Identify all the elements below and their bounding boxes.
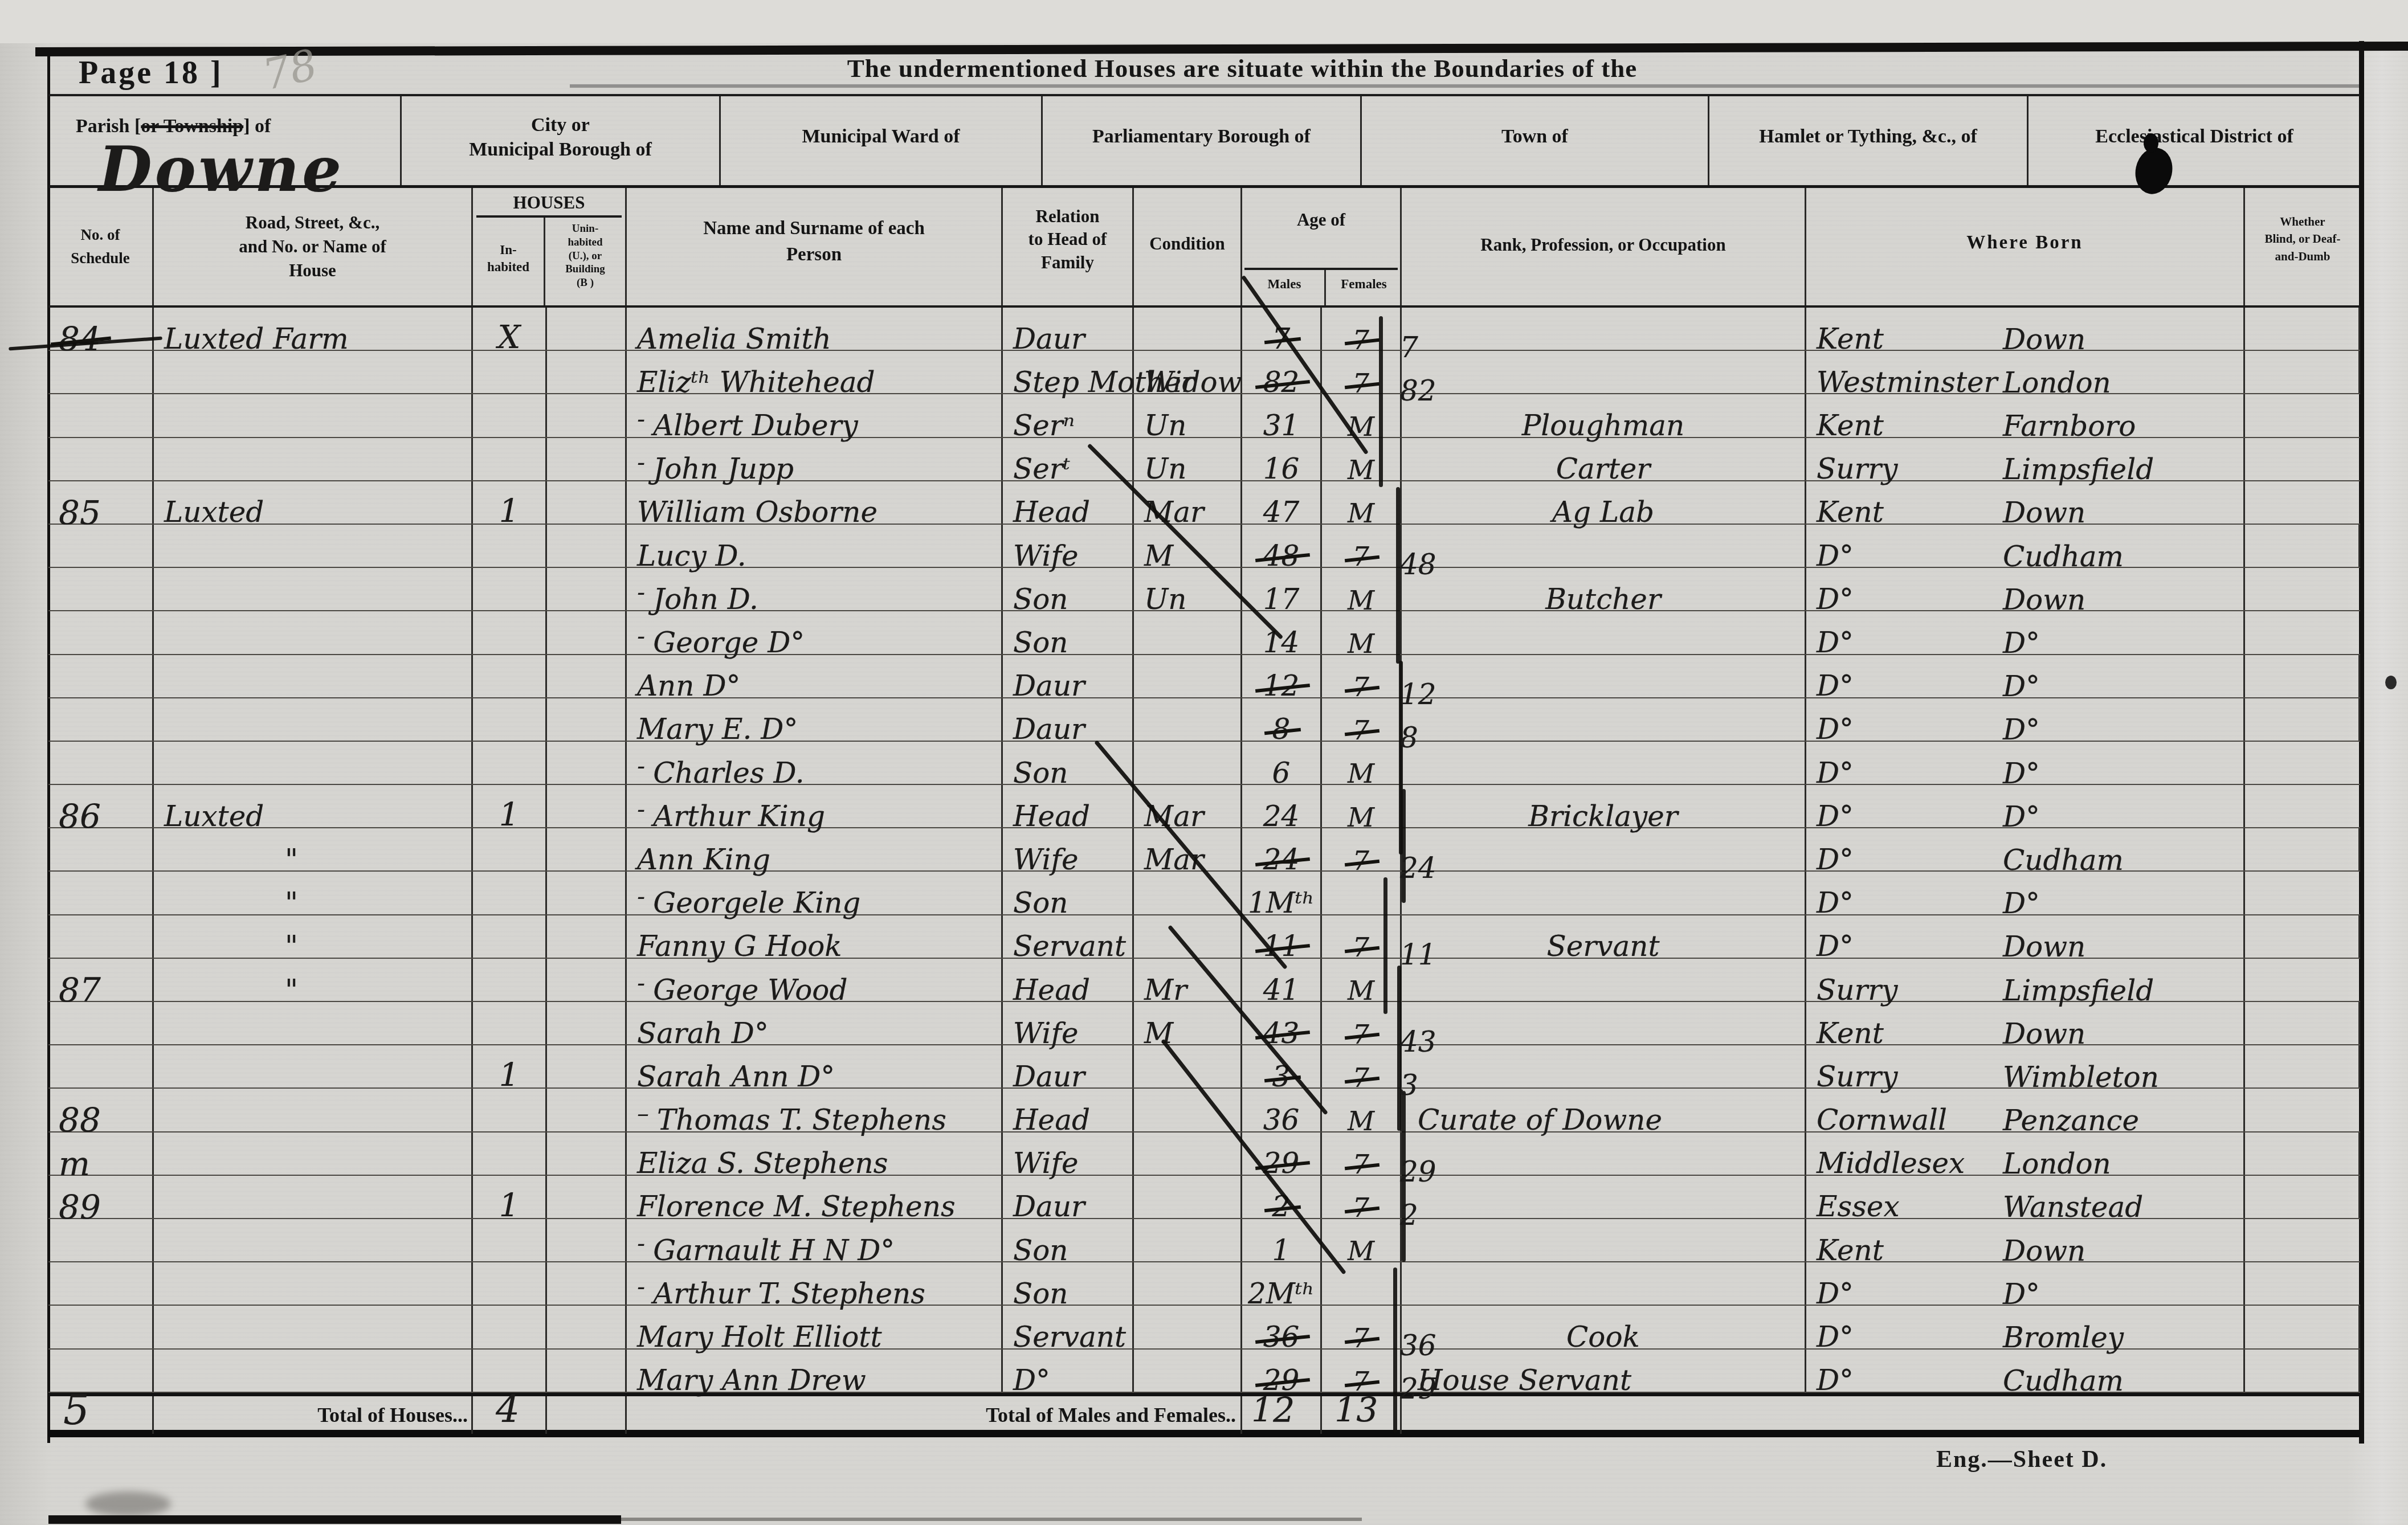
col-where-born: Where Born [1806, 188, 2245, 305]
relation-cell: Serⁿ [1003, 394, 1134, 436]
inhabited-cell [473, 525, 547, 567]
occupation-value: Cook [1566, 1324, 1640, 1351]
born-county: D° [1817, 1367, 1854, 1395]
uninhabited-cell [547, 828, 627, 870]
name-cell: William Osborne [627, 481, 1003, 524]
tick-mark: - [637, 969, 645, 997]
tick-mark: - [637, 752, 645, 780]
born-place: D° [2003, 630, 2040, 657]
person-name: Arthur King [653, 803, 825, 831]
condition-cell: M [1134, 1002, 1242, 1044]
uninhabited-cell [547, 1176, 627, 1218]
relation-value: Serⁿ [1013, 412, 1075, 440]
condition-cell [1134, 611, 1242, 653]
col-relation: Relationto Head ofFamily [1003, 188, 1134, 305]
name-cell: Mary Holt Elliott [627, 1306, 1003, 1348]
relation-cell: Son [1003, 1219, 1134, 1261]
born-place: Limpsfield [2003, 978, 2154, 1005]
inhabited-cell: 1 [473, 481, 547, 524]
inhabited-cell [473, 1002, 547, 1044]
name-cell: -George D° [627, 611, 1003, 653]
table-row: Ann D°Daur127D°D°12 [48, 655, 2360, 698]
inhabited-mark: 1 [499, 1191, 520, 1221]
born-county: D° [1817, 803, 1854, 831]
totals-tail [1402, 1396, 2360, 1434]
age-female: M [1348, 458, 1374, 483]
age-males-cell: 43 [1242, 1002, 1322, 1044]
age-females-cell: 7 [1322, 655, 1402, 697]
born-county: Surry [1817, 456, 1898, 483]
age-females-cell: M [1322, 785, 1402, 827]
tick-mark: - [637, 578, 645, 606]
relation-value: Head [1013, 1107, 1090, 1134]
sheet-label: Eng.—Sheet D. [1936, 1446, 2107, 1473]
occupation-cell: Ag Lab [1402, 481, 1806, 524]
occupation-cell: Butcher [1402, 568, 1806, 610]
age-male: 14 [1263, 629, 1300, 657]
where-born-cell: KentFarnboro [1806, 394, 2245, 436]
age-males-cell: 16 [1242, 438, 1322, 480]
occupation-value: Bricklayer [1528, 803, 1678, 831]
person-name: Mary E. D° [637, 716, 798, 743]
house-name: Luxted [164, 803, 264, 831]
name-cell: -Arthur King [627, 785, 1003, 827]
relation-cell: Daur [1003, 655, 1134, 697]
age-male: 41 [1263, 977, 1300, 1004]
city-cell: City orMunicipal Borough of [402, 96, 721, 185]
where-born-cell: SurryLimpsfield [1806, 438, 2245, 480]
occupation-cell [1402, 308, 1806, 350]
age-males-cell: 11 [1242, 915, 1322, 958]
age-female: 7 [1353, 1196, 1369, 1221]
born-county: D° [1817, 847, 1854, 874]
blind-cell [2245, 1002, 2360, 1044]
age-females-cell: 7 [1322, 828, 1402, 870]
table-row: -Albert DuberySerⁿUn31MPloughmanKentFarn… [48, 394, 2360, 438]
where-born-cell: D°D° [1806, 742, 2245, 784]
uninhabited-cell [547, 1306, 627, 1348]
relation-value: D° [1013, 1367, 1050, 1395]
relation-cell: Head [1003, 481, 1134, 524]
name-cell: Ann King [627, 828, 1003, 870]
blind-cell [2245, 915, 2360, 958]
relation-cell: Daur [1003, 1045, 1134, 1087]
condition-cell: Widow [1134, 351, 1242, 393]
age-corrected: 29 [1400, 1159, 1436, 1186]
scan-top-margin [0, 0, 2408, 43]
schedule-number: 87 [59, 975, 101, 1006]
page-title: The undermentioned Houses are situate wi… [752, 54, 1732, 83]
born-county: D° [1817, 933, 1854, 960]
road-cell: " [154, 828, 473, 870]
road-cell [154, 568, 473, 610]
born-place: Down [2003, 1238, 2085, 1265]
road-cell [154, 394, 473, 436]
where-born-cell: CornwallPenzance [1806, 1089, 2245, 1131]
inhabited-cell: 1 [473, 1045, 547, 1087]
name-cell: Lucy D. [627, 525, 1003, 567]
born-place: Bromley [2003, 1324, 2124, 1352]
born-place: Down [2003, 1021, 2085, 1048]
person-name: Ann D° [637, 673, 741, 700]
schedule-cell [48, 1306, 154, 1348]
age-males-cell: 47 [1242, 481, 1322, 524]
occupation-value: Servant [1546, 933, 1659, 960]
age-female: M [1348, 979, 1374, 1004]
road-cell [154, 525, 473, 567]
condition-cell [1134, 1350, 1242, 1392]
occupation-cell [1402, 1219, 1806, 1261]
age-males-cell: 24 [1242, 785, 1322, 827]
scan-smudge [85, 1491, 171, 1516]
born-county: D° [1817, 586, 1854, 614]
condition-cell: Un [1134, 568, 1242, 610]
inhabited-cell [473, 1350, 547, 1392]
age-males-cell: 12 [1242, 655, 1322, 697]
ward-cell: Municipal Ward of [721, 96, 1043, 185]
table-header: No. ofSchedule Road, Street, &c.,and No.… [48, 188, 2360, 308]
condition-cell [1134, 1132, 1242, 1175]
born-county: Kent [1817, 326, 1884, 353]
inhabited-mark: 1 [499, 800, 520, 830]
inhabited-mark: 1 [499, 1060, 520, 1090]
person-name: Mary Ann Drew [637, 1367, 866, 1395]
condition-cell: Mar [1134, 481, 1242, 524]
age-corrected: 2 [1400, 1202, 1418, 1229]
person-name: Sarah Ann D° [637, 1064, 835, 1091]
schedule-cell [48, 351, 154, 393]
condition-value: Widow [1144, 369, 1242, 396]
person-name: Albert Dubery [653, 412, 858, 440]
born-place: Penzance [2003, 1107, 2139, 1135]
col-females: Females [1324, 270, 1402, 305]
tick-mark: – [637, 1099, 649, 1127]
age-female: 7 [1353, 1326, 1369, 1351]
relation-value: Daur [1013, 326, 1085, 353]
name-cell: Elizᵗʰ Whitehead [627, 351, 1003, 393]
inhabited-cell [473, 828, 547, 870]
schedule-cell [48, 438, 154, 480]
occupation-cell [1402, 525, 1806, 567]
schedule-cell: 89 [48, 1176, 154, 1218]
census-page-scan: Page 18 ] 78 The undermentioned Houses a… [0, 0, 2408, 1525]
born-place: Down [2003, 587, 2085, 614]
totals-mf-label: Total of Males and Females.. [627, 1396, 1242, 1434]
born-county: Middlesex [1817, 1150, 1965, 1178]
relation-cell: Daur [1003, 1176, 1134, 1218]
road-cell: " [154, 915, 473, 958]
occupation-value: Carter [1556, 456, 1651, 483]
geography-header: Parish [or Township] of Downe City orMun… [48, 94, 2360, 188]
person-name: Mary Holt Elliott [637, 1324, 882, 1351]
relation-value: Wife [1013, 543, 1079, 570]
table-row: Mary Holt ElliottServant367CookD°Bromley… [48, 1306, 2360, 1349]
schedule-cell [48, 568, 154, 610]
uninhabited-cell [547, 915, 627, 958]
born-county: Kent [1817, 1020, 1884, 1048]
relation-value: Son [1013, 890, 1068, 917]
totals-row: 5 Total of Houses... 4 Total of Males an… [48, 1393, 2360, 1437]
name-cell: -Albert Dubery [627, 394, 1003, 436]
person-name: Arthur T. Stephens [653, 1281, 925, 1308]
age-females-cell: 7 [1322, 1176, 1402, 1218]
inhabited-cell: 1 [473, 1176, 547, 1218]
uninhabited-cell [547, 1350, 627, 1392]
where-born-cell: D°Bromley [1806, 1306, 2245, 1348]
relation-cell: Head [1003, 785, 1134, 827]
age-male: 36 [1263, 1107, 1300, 1134]
uninhabited-cell [547, 394, 627, 436]
blind-cell [2245, 351, 2360, 393]
age-males-cell: 8 [1242, 698, 1322, 741]
household-brace [1402, 789, 1406, 903]
person-name: Fanny G Hook [637, 933, 842, 960]
house-name: " [285, 933, 298, 960]
inhabited-cell [473, 438, 547, 480]
age-corrected: 7 [1400, 334, 1418, 362]
condition-cell [1134, 742, 1242, 784]
age-males-cell: 1Mᵗʰ [1242, 872, 1322, 914]
blind-cell [2245, 525, 2360, 567]
road-cell: Luxted Farm [154, 308, 473, 350]
uninhabited-cell [547, 611, 627, 653]
relation-value: Son [1013, 629, 1068, 657]
occupation-value: Ag Lab [1552, 499, 1654, 526]
blind-cell [2245, 828, 2360, 870]
uninhabited-cell [547, 1045, 627, 1087]
person-name: Georgele King [653, 890, 860, 917]
age-females-cell: M [1322, 959, 1402, 1001]
page-number: Page 18 ] [79, 55, 223, 91]
table-body: 84Luxted FarmXAmelia SmithDaur77KentDown… [48, 308, 2360, 1393]
where-born-cell: D°D° [1806, 1262, 2245, 1305]
age-females-cell: M [1322, 742, 1402, 784]
condition-cell [1134, 655, 1242, 697]
name-cell: -Arthur T. Stephens [627, 1262, 1003, 1305]
col-blind-deaf: WhetherBlind, or Deaf-and-Dumb [2245, 188, 2360, 305]
table-row: 84Luxted FarmXAmelia SmithDaur77KentDown… [48, 308, 2360, 351]
totals-females: 13 [1322, 1396, 1402, 1434]
age-corrected: 24 [1400, 855, 1436, 882]
table-row: Mary Ann DrewD°297House ServantD°Cudham2… [48, 1350, 2360, 1393]
age-males-cell: 31 [1242, 394, 1322, 436]
age-male: 31 [1263, 412, 1300, 440]
relation-cell: Wife [1003, 1132, 1134, 1175]
inhabited-cell [473, 351, 547, 393]
born-county: D° [1817, 629, 1854, 657]
name-cell: Ann D° [627, 655, 1003, 697]
age-females-cell: M [1322, 481, 1402, 524]
born-place: London [2003, 1151, 2111, 1178]
inhabited-cell [473, 915, 547, 958]
born-place: D° [2003, 890, 2040, 918]
relation-value: Wife [1013, 847, 1079, 874]
name-cell: Sarah D° [627, 1002, 1003, 1044]
inhabited-cell [473, 568, 547, 610]
relation-value: Head [1013, 977, 1090, 1004]
age-females-cell: 7 [1322, 1002, 1402, 1044]
blind-cell [2245, 959, 2360, 1001]
inhabited-cell: X [473, 308, 547, 350]
person-name: Ann King [637, 847, 770, 874]
age-female: 7 [1353, 328, 1369, 353]
tick-mark: - [637, 405, 645, 433]
table-row: 86Luxted1-Arthur KingHeadMar24MBricklaye… [48, 785, 2360, 828]
name-cell: Eliza S. Stephens [627, 1132, 1003, 1175]
where-born-cell: KentDown [1806, 481, 2245, 524]
born-county: Essex [1817, 1193, 1900, 1221]
name-cell: -John Jupp [627, 438, 1003, 480]
uninhabited-cell [547, 785, 627, 827]
person-name: Florence M. Stephens [637, 1193, 956, 1221]
born-county: Kent [1817, 412, 1884, 440]
inhabited-cell [473, 611, 547, 653]
inhabited-cell [473, 394, 547, 436]
age-male: 16 [1263, 456, 1300, 483]
inhabited-cell [473, 959, 547, 1001]
house-name: " [285, 847, 298, 874]
age-male: 1 [1272, 1237, 1291, 1265]
where-born-cell: SurryWimbleton [1806, 1045, 2245, 1087]
occupation-cell [1402, 611, 1806, 653]
relation-value: Daur [1013, 673, 1085, 700]
schedule-cell [48, 1002, 154, 1044]
occupation-cell [1402, 698, 1806, 741]
road-cell [154, 611, 473, 653]
occupation-value: Butcher [1545, 586, 1661, 614]
blind-cell [2245, 785, 2360, 827]
age-corrected: 82 [1400, 378, 1436, 405]
totals-spacer [547, 1396, 627, 1434]
road-cell: Luxted [154, 785, 473, 827]
table-row: -George D°Son14MD°D° [48, 611, 2360, 655]
uninhabited-cell [547, 655, 627, 697]
age-female: M [1348, 632, 1374, 657]
uninhabited-cell [547, 308, 627, 350]
blind-cell [2245, 742, 2360, 784]
age-females-cell: 7 [1322, 308, 1402, 350]
schedule-cell [48, 611, 154, 653]
schedule-cell [48, 915, 154, 958]
age-male: 24 [1263, 847, 1300, 874]
table-row: -Garnault H N D°Son1MKentDown [48, 1219, 2360, 1262]
schedule-cell [48, 525, 154, 567]
relation-cell: Son [1003, 872, 1134, 914]
table-row: 85Luxted1William OsborneHeadMar47MAg Lab… [48, 481, 2360, 525]
schedule-number: m [59, 1148, 90, 1180]
col-rank: Rank, Profession, or Occupation [1402, 188, 1806, 305]
age-males-cell: 24 [1242, 828, 1322, 870]
bottom-bar-fade [621, 1518, 1362, 1521]
road-cell [154, 1262, 473, 1305]
age-female: M [1348, 1109, 1374, 1134]
person-name: Eliza S. Stephens [637, 1150, 888, 1178]
name-cell: -Charles D. [627, 742, 1003, 784]
blind-cell [2245, 698, 2360, 741]
table-row: "-Georgele KingSon1MᵗʰD°D° [48, 872, 2360, 915]
person-name: George D° [653, 629, 805, 657]
occupation-cell [1402, 1176, 1806, 1218]
born-place: London [2003, 370, 2111, 397]
where-born-cell: D°D° [1806, 872, 2245, 914]
relation-value: Son [1013, 586, 1068, 614]
schedule-cell [48, 872, 154, 914]
house-name: Luxted Farm [164, 326, 349, 353]
name-cell: Mary E. D° [627, 698, 1003, 741]
schedule-cell: 86 [48, 785, 154, 827]
born-county: D° [1817, 760, 1854, 787]
road-cell [154, 1132, 473, 1175]
ecclesiastical-cell: Ecclesiastical District of [2029, 96, 2360, 185]
age-females-cell: 7 [1322, 1350, 1402, 1392]
table-row: mEliza S. StephensWife297MiddlesexLondon… [48, 1132, 2360, 1176]
person-name: John Jupp [653, 456, 794, 483]
road-cell [154, 1350, 473, 1392]
col-houses: HOUSES In-habited Unin-habited(U.), orBu… [473, 188, 627, 305]
age-males-cell: 2Mᵗʰ [1242, 1262, 1322, 1305]
schedule-cell: 85 [48, 481, 154, 524]
inhabited-cell [473, 1089, 547, 1131]
condition-value: Mar [1144, 499, 1204, 526]
age-females-cell: M [1322, 568, 1402, 610]
occupation-cell: Curate of Downe [1402, 1089, 1806, 1131]
blind-cell [2245, 438, 2360, 480]
person-name: Thomas T. Stephens [657, 1107, 946, 1134]
blind-cell [2245, 568, 2360, 610]
name-cell: -John D. [627, 568, 1003, 610]
inhabited-cell [473, 655, 547, 697]
relation-cell: Wife [1003, 525, 1134, 567]
where-born-cell: SurryLimpsfield [1806, 959, 2245, 1001]
relation-cell: Step Mother [1003, 351, 1134, 393]
table-row: "Ann KingWifeMar247D°Cudham24 [48, 828, 2360, 872]
age-females-cell: M [1322, 1219, 1402, 1261]
tick-mark: - [637, 882, 645, 910]
age-females-cell: 7 [1322, 915, 1402, 958]
schedule-cell [48, 1219, 154, 1261]
relation-cell: Son [1003, 1262, 1134, 1305]
age-male: 2Mᵗʰ [1248, 1281, 1315, 1308]
relation-cell: D° [1003, 1350, 1134, 1392]
house-name: Luxted [164, 499, 264, 526]
col-condition: Condition [1134, 188, 1242, 305]
totals-houses-label: Total of Houses... [154, 1396, 473, 1434]
relation-value: Servant [1013, 1324, 1126, 1351]
uninhabited-cell [547, 959, 627, 1001]
occupation-cell: Cook [1402, 1306, 1806, 1348]
schedule-number: 88 [59, 1105, 101, 1136]
col-road: Road, Street, &c.,and No. or Name ofHous… [154, 188, 473, 305]
table-row: 891Florence M. StephensDaur27EssexWanste… [48, 1176, 2360, 1219]
occupation-cell [1402, 1045, 1806, 1087]
age-male: 48 [1263, 543, 1300, 570]
relation-value: Head [1013, 499, 1090, 526]
where-born-cell: D°Cudham [1806, 1350, 2245, 1392]
relation-value: Serᵗ [1013, 456, 1070, 483]
occupation-cell: Ploughman [1402, 394, 1806, 436]
condition-cell [1134, 308, 1242, 350]
col-schedule: No. ofSchedule [48, 188, 154, 305]
age-corrected: 3 [1400, 1072, 1418, 1099]
blind-cell [2245, 1176, 2360, 1218]
totals-males: 12 [1242, 1396, 1322, 1434]
blind-cell [2245, 308, 2360, 350]
born-place: Down [2003, 500, 2085, 527]
where-born-cell: KentDown [1806, 1219, 2245, 1261]
relation-cell: Head [1003, 959, 1134, 1001]
born-county: Cornwall [1817, 1107, 1947, 1134]
road-cell [154, 1176, 473, 1218]
